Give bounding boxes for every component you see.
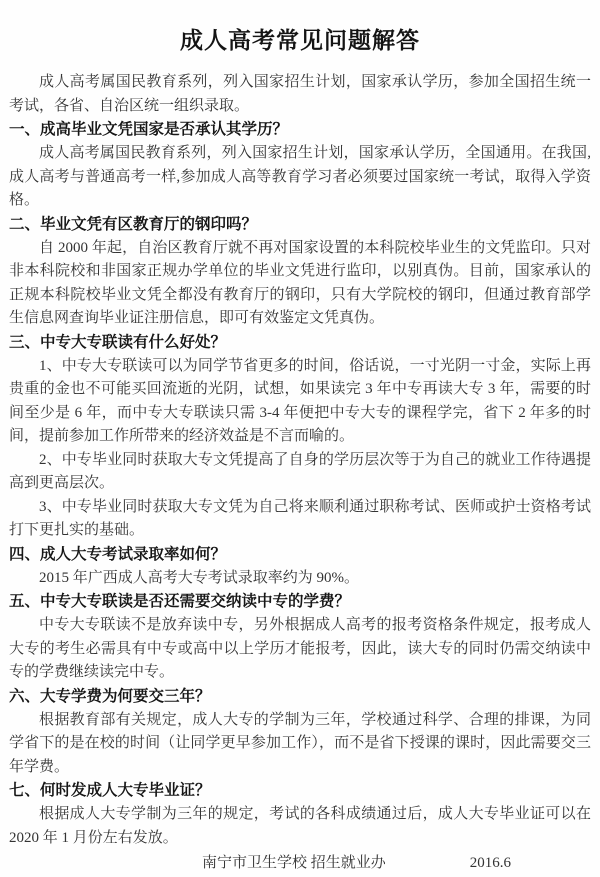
footer-organization: 南宁市卫生学校 招生就业办 [202,851,386,875]
section-1: 一、成高毕业文凭国家是否承认其学历？ 成人高考属国民教育系列，列入国家招生计划，… [9,118,591,213]
answer-paragraph: 2015 年广西成人高考大专考试录取率约为 90%。 [9,567,591,591]
question-heading-4: 四、成人大专考试录取率如何？ [9,543,591,567]
section-4: 四、成人大专考试录取率如何？ 2015 年广西成人高考大专考试录取率约为 90%… [9,543,591,591]
question-heading-6: 六、大专学费为何要交三年？ [9,685,591,709]
section-2: 二、毕业文凭有区教育厅的钢印吗？ 自 2000 年起，自治区教育厅就不再对国家设… [9,213,591,331]
document-page: 成人高考常见问题解答 成人高考属国民教育系列，列入国家招生计划，国家承认学历，参… [0,0,600,877]
intro-paragraph: 成人高考属国民教育系列，列入国家招生计划，国家承认学历，参加全国招生统一考试，各… [9,71,591,118]
section-3: 三、中专大专联读有什么好处？ 1、中专大专联读可以为同学节省更多的时间，俗话说，… [9,331,591,543]
document-footer: 南宁市卫生学校 招生就业办 2016.6 [9,851,591,875]
answer-paragraph: 2、中专毕业同时获取大专文凭提高了自身的学历层次等于为自己的就业工作待遇提高到更… [9,449,591,496]
answer-paragraph: 根据成人大专学制为三年的规定，考试的各科成绩通过后，成人大专毕业证可以在 202… [9,803,591,850]
section-6: 六、大专学费为何要交三年？ 根据教育部有关规定，成人大专的学制为三年，学校通过科… [9,685,591,780]
question-heading-7: 七、何时发成人大专毕业证？ [9,779,591,803]
answer-paragraph: 根据教育部有关规定，成人大专的学制为三年，学校通过科学、合理的排课，为同学省下的… [9,709,591,780]
answer-paragraph: 1、中专大专联读可以为同学节省更多的时间，俗话说，一寸光阴一寸金，实际上再贵重的… [9,355,591,449]
footer-date: 2016.6 [470,851,511,875]
question-heading-3: 三、中专大专联读有什么好处？ [9,331,591,355]
question-heading-5: 五、中专大专联读是否还需要交纳读中专的学费？ [9,590,591,614]
answer-paragraph: 自 2000 年起，自治区教育厅就不再对国家设置的本科院校毕业生的文凭监印。只对… [9,237,591,331]
section-5: 五、中专大专联读是否还需要交纳读中专的学费？ 中专大专联读不是放弃读中专，另外根… [9,590,591,685]
answer-paragraph: 3、中专毕业同时获取大专文凭为自己将来顺利通过职称考试、医师或护士资格考试打下更… [9,496,591,543]
section-7: 七、何时发成人大专毕业证？ 根据成人大专学制为三年的规定，考试的各科成绩通过后，… [9,779,591,850]
answer-paragraph: 中专大专联读不是放弃读中专，另外根据成人高考的报考资格条件规定，报考成人大专的考… [9,614,591,685]
document-title: 成人高考常见问题解答 [9,22,591,55]
question-heading-1: 一、成高毕业文凭国家是否承认其学历？ [9,118,591,142]
question-heading-2: 二、毕业文凭有区教育厅的钢印吗？ [9,213,591,237]
answer-paragraph: 成人高考属国民教育系列，列入国家招生计划，国家承认学历，全国通用。在我国,成人高… [9,142,591,213]
